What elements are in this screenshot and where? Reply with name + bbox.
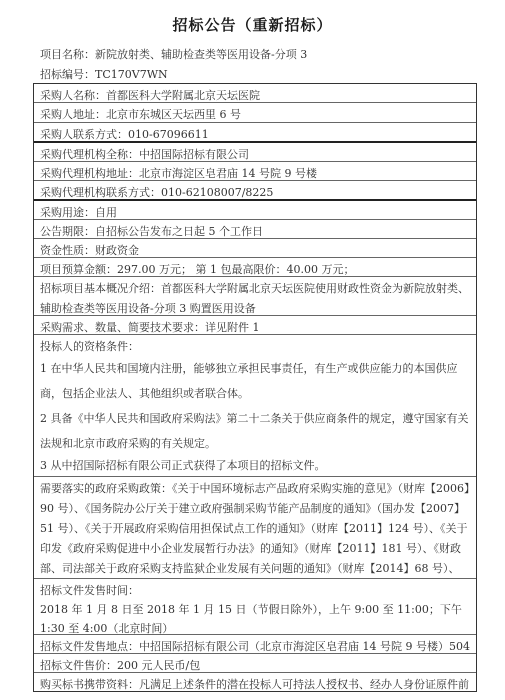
purchaser-address-row: 采购人地址：北京市东城区天坛西里 6 号 xyxy=(34,103,476,123)
sale-time-heading: 招标文件发售时间： xyxy=(40,581,470,600)
purpose-row: 采购用途：自用 xyxy=(34,201,476,220)
qualification-row: 投标人的资格条件： 1 在中华人民共和国境内注册，能够独立承担民事责任，有生产或… xyxy=(34,335,476,477)
document-title: 招标公告（重新招标） xyxy=(0,14,505,35)
sale-location-row: 招标文件发售地点：中招国际招标有限公司（北京市海淀区皂君庙 14 号院 9 号楼… xyxy=(34,635,476,654)
qualification-item-2: 2 具备《中华人民共和国政府采购法》第二十二条关于供应商条件的规定，遵守国家有关… xyxy=(40,406,470,456)
price-row: 招标文件售价：200 元人民币/包 xyxy=(34,654,476,673)
agency-contact-row: 采购代理机构联系方式：010-62108007/8225 xyxy=(34,181,476,201)
agency-address-row: 采购代理机构地址：北京市海淀区皂君庙 14 号院 9 号楼 xyxy=(34,162,476,181)
project-overview-row: 招标项目基本概况介绍：首都医科大学附属北京天坛医院使用财政性资金为新院放射类、辅… xyxy=(34,277,476,316)
qualification-item-1: 1 在中华人民共和国境内注册，能够独立承担民事责任，有生产或供应能力的本国供应商… xyxy=(40,356,470,406)
announcement-table: 采购人名称：首都医科大学附属北京天坛医院 采购人地址：北京市东城区天坛西里 6 … xyxy=(33,83,477,692)
sale-time-row: 招标文件发售时间： 2018 年 1 月 8 日至 2018 年 1 月 15 … xyxy=(34,579,476,635)
project-name: 项目名称：新院放射类、辅助检查类等医用设备-分项 3 xyxy=(40,46,307,62)
qualification-heading: 投标人的资格条件： xyxy=(40,337,470,356)
sale-time-text: 2018 年 1 月 8 日至 2018 年 1 月 15 日（节假日除外），上… xyxy=(40,600,470,635)
purchaser-contact-row: 采购人联系方式：010-67096611 xyxy=(34,123,476,143)
qualification-item-3: 3 从中招国际招标有限公司正式获得了本项目的招标文件。 xyxy=(40,456,470,475)
budget-row: 项目预算金额：297.00 万元； 第 1 包最高限价：40.00 万元； xyxy=(34,258,476,277)
materials-row: 购买标书携带资料：凡满足上述条件的潜在投标人可持法人授权书、经办人身份证原件前来 xyxy=(34,673,476,691)
agency-name-row: 采购代理机构全称：中招国际招标有限公司 xyxy=(34,143,476,162)
tender-number: 招标编号：TC170V7WN xyxy=(40,66,168,82)
fund-nature-row: 资金性质：财政资金 xyxy=(34,239,476,258)
purchaser-name-row: 采购人名称：首都医科大学附属北京天坛医院 xyxy=(34,84,476,103)
requirements-row: 采购需求、数量、简要技术要求：详见附件 1 xyxy=(34,316,476,335)
notice-period-row: 公告期限：自招标公告发布之日起 5 个工作日 xyxy=(34,220,476,239)
policy-row: 需要落实的政府采购政策：《关于中国环境标志产品政府采购实施的意见》（财库【200… xyxy=(34,477,476,579)
